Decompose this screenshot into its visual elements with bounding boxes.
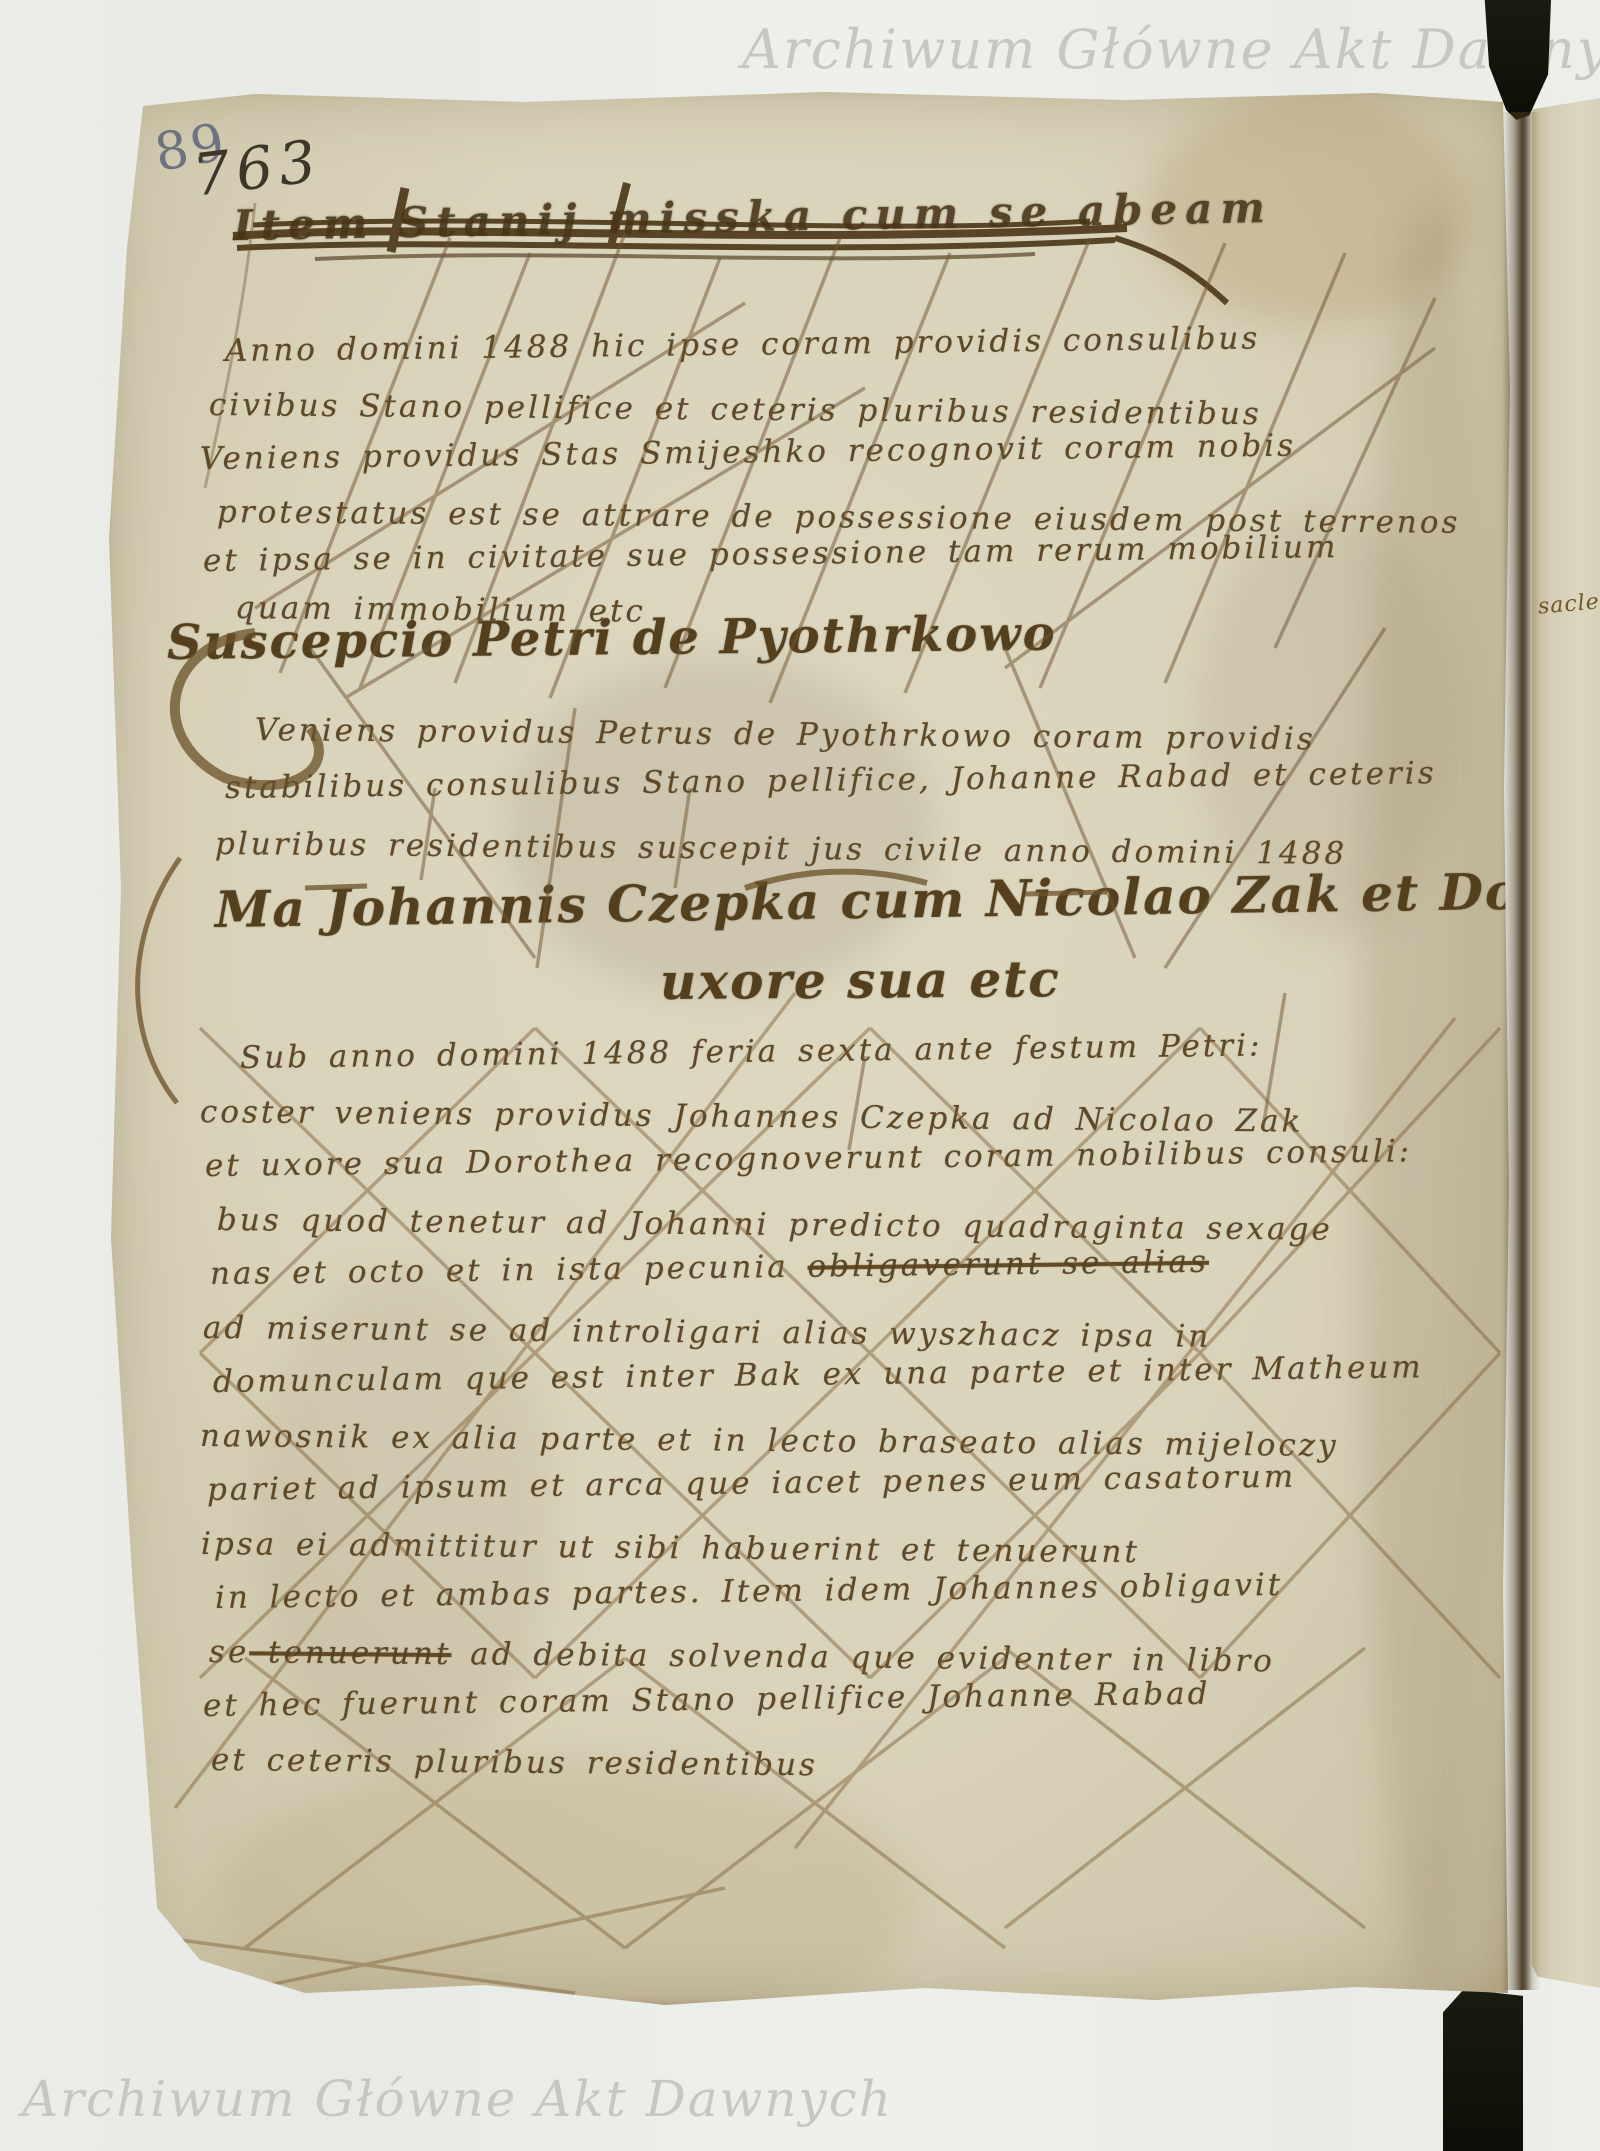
manuscript-line: Veniens providus Stas Smijeshko recognov… [200,428,1296,477]
paper-stain [1360,198,1500,1988]
line-text: nas et octo et in ista pecunia [210,1249,808,1292]
struck-phrase: obligaverunt se alias [807,1244,1209,1285]
facing-page-edge [1532,98,1600,1988]
archive-watermark-top: Archiwum Główne Akt Dawnych [742,18,1600,81]
manuscript-line: coster veniens providus Johannes Czepka … [200,1094,1304,1140]
manuscript-line: pariet ad ipsum et arca que iacet penes … [207,1459,1297,1508]
manuscript-page: 89 763 Item Stanij misska cum se abeam A… [105,88,1510,2005]
entry-heading-czepka-line2: uxore sua etc [660,949,1061,1011]
manuscript-line: in lecto et ambas partes. Item idem Joha… [215,1567,1284,1616]
bookmark-ribbon-bottom [1443,1986,1523,2151]
manuscript-line: pluribus residentibus suscepit jus civil… [215,826,1347,872]
manuscript-line: Sub anno domini 1488 feria sexta ante fe… [240,1028,1263,1076]
struck-phrase: tenuerunt [249,1634,451,1672]
ink-showthrough [505,658,935,998]
manuscript-line: Anno domini 1488 hic ipse coram providis… [225,320,1261,369]
manuscript-line: et uxore sua Dorothea recognoverunt cora… [205,1133,1413,1184]
manuscript-line: stabilibus consulibus Stano pellifice, J… [225,755,1437,806]
manuscript-line: ad miserunt se ad introligari alias wysz… [203,1310,1212,1355]
facing-page-text-fragment: sacle [1537,589,1600,619]
line-text: se [209,1634,250,1670]
book-gutter [1502,112,1540,1990]
manuscript-line: ipsa ei admittitur ut sibi habuerint et … [201,1526,1140,1570]
cancelled-heading: Item Stanij misska cum se abeam [233,183,1274,250]
manuscript-line: civibus Stano pellifice et ceteris pluri… [209,387,1262,432]
manuscript-line: bus quod tenetur ad Johanni predicto qua… [217,1202,1333,1248]
manuscript-line: et ceteris pluribus residentibus [211,1742,818,1783]
manuscript-line: et hec fuerunt coram Stano pellifice Joh… [203,1676,1211,1724]
entry-heading-czepka-line1: Ma Johannis Czepka cum Nicolao Zak et Do… [215,859,1600,939]
entry-heading-suscepcio: Suscepcio Petri de Pyothrkowo [167,606,1057,671]
folio-number-ink: 763 [189,126,325,209]
manuscript-line: domunculam que est inter Bak ex una part… [213,1349,1424,1400]
paper-stain [215,1758,915,2048]
line-text: ad debita solvenda que evidenter in libr… [451,1636,1275,1679]
manuscript-line: nas et octo et in ista pecunia obligaver… [210,1244,1209,1292]
manuscript-line: Veniens providus Petrus de Pyothrkowo co… [255,712,1316,757]
manuscript-line: nawosnik ex alia parte et in lecto brase… [200,1418,1339,1464]
archive-watermark-bottom: Archiwum Główne Akt Dawnych [22,2070,893,2128]
manuscript-line: se tenuerunt ad debita solvenda que evid… [209,1634,1275,1679]
manuscript-line: et ipsa se in civitate sue possessione t… [203,529,1339,579]
manuscript-scan: Archiwum Główne Akt Dawnych Archiwum Głó… [0,0,1600,2151]
